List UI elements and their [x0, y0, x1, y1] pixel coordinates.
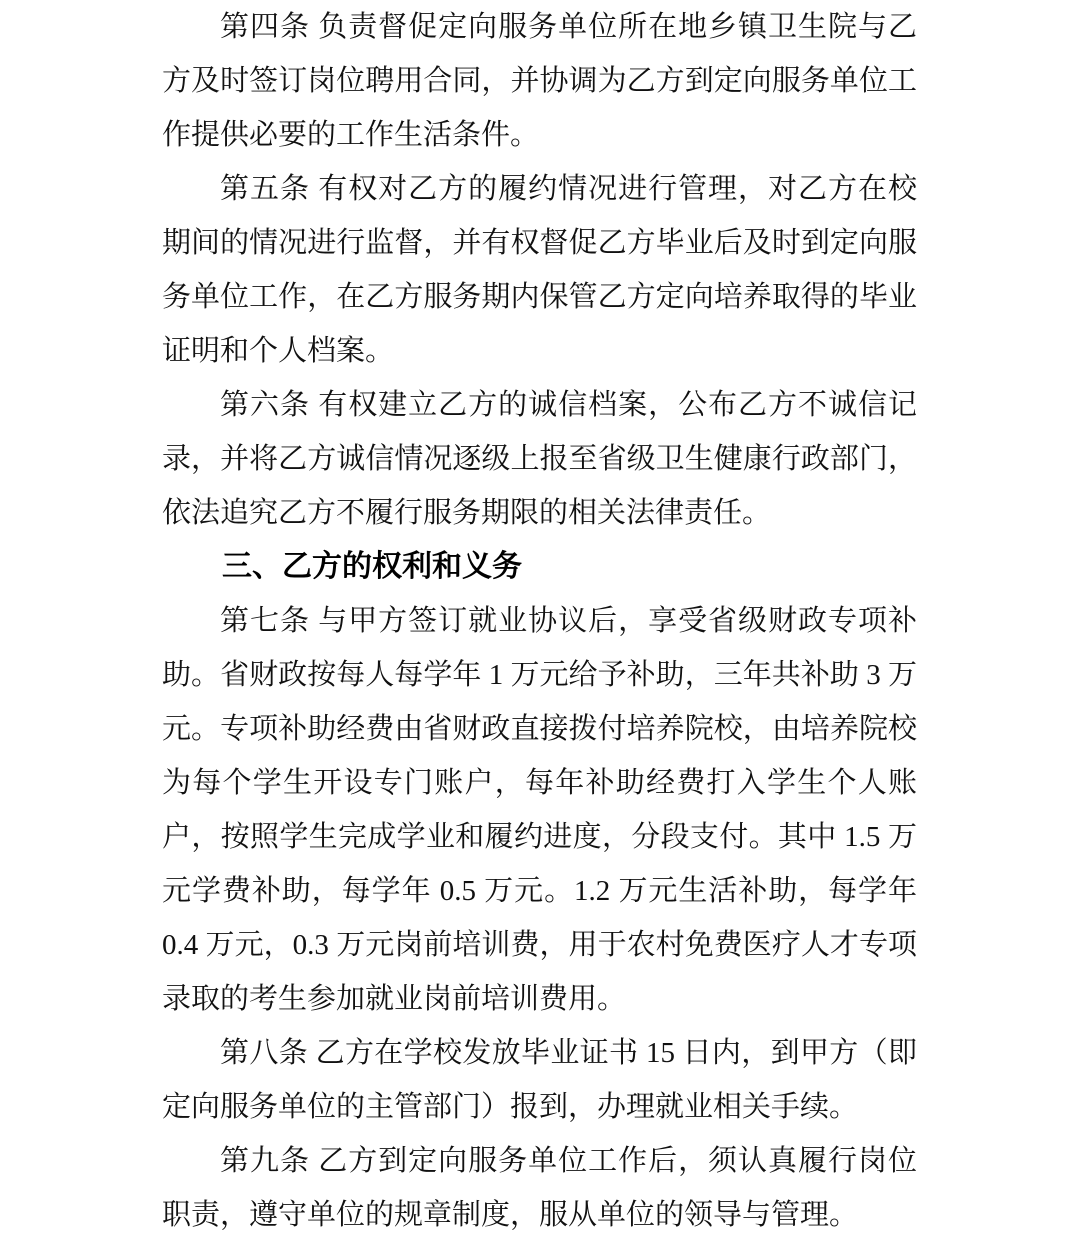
document-page: 第四条 负责督促定向服务单位所在地乡镇卫生院与乙方及时签订岗位聘用合同，并协调为…	[0, 0, 1080, 1247]
section-heading-party-b-rights-obligations: 三、乙方的权利和义务	[162, 540, 917, 594]
paragraph-article-5: 第五条 有权对乙方的履约情况进行管理，对乙方在校期间的情况进行监督，并有权督促乙…	[162, 162, 917, 378]
paragraph-article-7: 第七条 与甲方签订就业协议后，享受省级财政专项补助。省财政按每人每学年 1 万元…	[162, 594, 917, 1026]
paragraph-article-9: 第九条 乙方到定向服务单位工作后，须认真履行岗位职责，遵守单位的规章制度，服从单…	[162, 1134, 917, 1242]
paragraph-article-6: 第六条 有权建立乙方的诚信档案，公布乙方不诚信记录，并将乙方诚信情况逐级上报至省…	[162, 378, 917, 540]
paragraph-article-4: 第四条 负责督促定向服务单位所在地乡镇卫生院与乙方及时签订岗位聘用合同，并协调为…	[162, 0, 917, 162]
paragraph-article-8: 第八条 乙方在学校发放毕业证书 15 日内，到甲方（即定向服务单位的主管部门）报…	[162, 1026, 917, 1134]
